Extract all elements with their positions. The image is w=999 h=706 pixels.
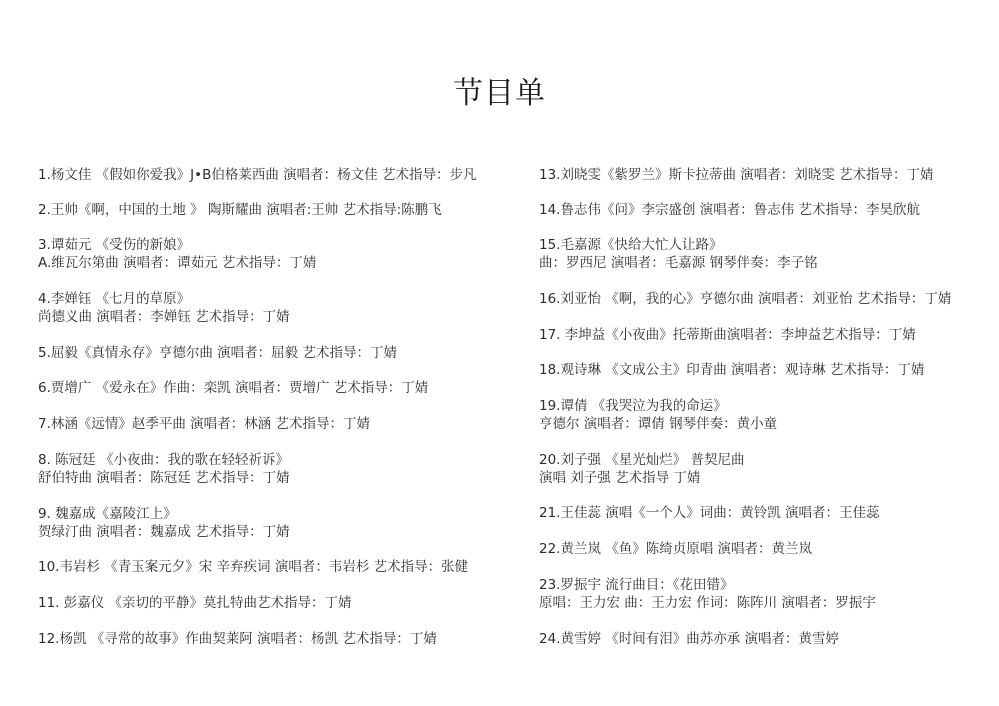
program-entry: 13.刘晓雯《紫罗兰》斯卡拉蒂曲 演唱者：刘晓雯 艺术指导：丁婧 [539, 166, 934, 184]
program-entry: 21.王佳蕊 演唱《一个人》词曲：黄铃凯 演唱者：王佳蕊 [539, 504, 880, 522]
page-title: 节目单 [0, 68, 999, 112]
program-entry: 1.杨文佳 《假如你爱我》J•B伯格莱西曲 演唱者：杨文佳 艺术指导：步凡 [38, 166, 476, 184]
program-entry: 19.谭倩 《我哭泣为我的命运》亨德尔 演唱者：谭倩 钢琴伴奏：黄小童 [539, 397, 777, 433]
program-entry: 6.贾增广 《爱永在》作曲：栾凯 演唱者：贾增广 艺术指导：丁婧 [38, 379, 428, 397]
program-entry: 3.谭茹元 《受伤的新娘》A.维瓦尔第曲 演唱者：谭茹元 艺术指导：丁婧 [38, 236, 316, 272]
program-entry: 22.黄兰岚 《鱼》陈绮贞原唱 演唱者：黄兰岚 [539, 540, 812, 558]
program-entry: 2.王帅《啊，中国的土地 》 陶斯耀曲 演唱者:王帅 艺术指导:陈鹏飞 [38, 201, 442, 219]
program-entry: 4.李婵钰 《七月的草原》尚德义曲 演唱者：李婵钰 艺术指导：丁婧 [38, 290, 290, 326]
program-entry: 17. 李坤益《小夜曲》托蒂斯曲演唱者：李坤益艺术指导：丁婧 [539, 326, 916, 344]
program-entry: 7.林涵《远情》赵季平曲 演唱者：林涵 艺术指导：丁婧 [38, 415, 370, 433]
program-entry: 24.黄雪婷 《时间有泪》曲苏亦承 演唱者：黄雪婷 [539, 630, 839, 648]
program-entry: 11. 彭嘉仪 《亲切的平静》莫扎特曲艺术指导：丁婧 [38, 594, 352, 612]
program-entry: 5.屈毅《真情永存》亨德尔曲 演唱者：屈毅 艺术指导：丁婧 [38, 344, 397, 362]
program-entry: 14.鲁志伟《问》李宗盛创 演唱者：鲁志伟 艺术指导：李昊欣航 [539, 201, 920, 219]
program-entry: 20.刘子强 《星光灿烂》 普契尼曲演唱 刘子强 艺术指导 丁婧 [539, 451, 745, 487]
program-entry: 10.韦岩杉 《青玉案元夕》宋 辛弃疾词 演唱者：韦岩杉 艺术指导：张健 [38, 558, 468, 576]
program-entry: 18.观诗琳 《文成公主》印青曲 演唱者：观诗琳 艺术指导：丁婧 [539, 361, 924, 379]
program-entry: 9. 魏嘉成《嘉陵江上》贺绿汀曲 演唱者：魏嘉成 艺术指导：丁婧 [38, 505, 290, 541]
program-entry: 16.刘亚怡 《啊，我的心》亨德尔曲 演唱者：刘亚怡 艺术指导：丁婧 [539, 290, 951, 308]
program-entry: 23.罗振宇 流行曲目：《花田错》原唱：王力宏 曲：王力宏 作词：陈阵川 演唱者… [539, 576, 876, 612]
program-entry: 8. 陈冠廷 《小夜曲：我的歌在轻轻祈诉》舒伯特曲 演唱者：陈冠廷 艺术指导：丁… [38, 451, 290, 487]
program-entry: 15.毛嘉源《快给大忙人让路》曲：罗西尼 演唱者：毛嘉源 钢琴伴奏：李子铭 [539, 236, 818, 272]
program-entry: 12.杨凯 《寻常的故事》作曲契莱阿 演唱者：杨凯 艺术指导：丁婧 [38, 630, 437, 648]
